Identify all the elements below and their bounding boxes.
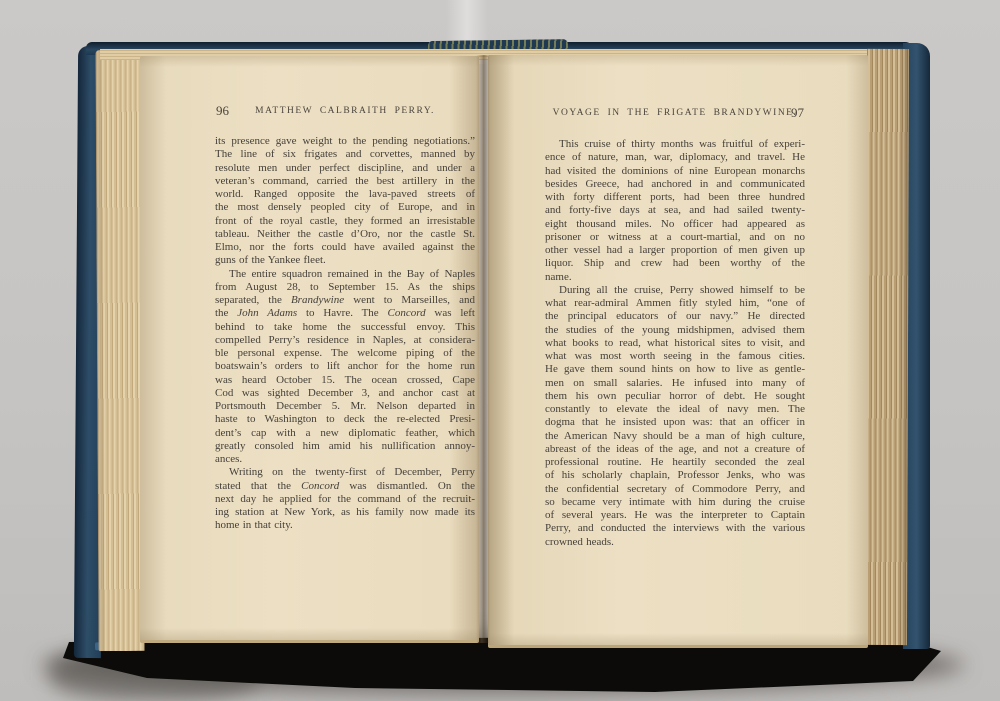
text-line: tableau. Neither the castle d’Oro, nor t… <box>215 228 475 241</box>
text-line: Writing on the twenty-first of December,… <box>215 466 475 479</box>
running-title: MATTHEW CALBRAITH PERRY. <box>215 106 475 116</box>
paragraph: its presence gave weight to the pending … <box>215 135 475 268</box>
text-line: the American Navy should be a man of hig… <box>545 430 805 443</box>
text-line: This cruise of thirty months was fruitfu… <box>545 138 805 151</box>
text-line: and forty-five days at sea, and had sail… <box>545 204 805 217</box>
text-line: its presence gave weight to the pending … <box>215 135 475 148</box>
text-line: ence of nature, man, war, diplomacy, and… <box>545 151 805 164</box>
text-line: with forty different ports, had been thr… <box>545 191 805 204</box>
text-line: The line of six frigates and corvettes, … <box>215 148 475 161</box>
text-line: of his scholarly chaplain, Professor Jen… <box>545 469 805 482</box>
paragraph: During all the cruise, Perry showed hims… <box>545 284 805 549</box>
right-page-body: This cruise of thirty months was fruitfu… <box>545 138 805 549</box>
text-line: ing station at New York, as his family n… <box>215 506 475 519</box>
text-line: so became very intimate with him during … <box>545 496 805 509</box>
text-line: next day he applied for the command of t… <box>215 493 475 506</box>
left-page-header: 96 MATTHEW CALBRAITH PERRY. <box>215 106 475 122</box>
text-line: of several years. He was the interpreter… <box>545 509 805 522</box>
page-number: 96 <box>216 103 229 119</box>
text-line: what books to read, what historical site… <box>545 337 805 350</box>
text-line: Elmo, nor the forts could have availed a… <box>215 241 475 254</box>
text-line: behind to take home the successful envoy… <box>215 321 475 334</box>
running-title: VOYAGE IN THE FRIGATE BRANDYWINE. <box>545 108 805 118</box>
text-line: separated, the Brandywine went to Marsei… <box>215 294 475 307</box>
text-line: what rear-admiral Ammen fitly styled him… <box>545 297 805 310</box>
text-line: from August 28, to September 15. As the … <box>215 281 475 294</box>
text-line: professional routine. He heartily second… <box>545 456 805 469</box>
text-line: veteran’s command, carried the best arti… <box>215 175 475 188</box>
text-line: eight thousand miles. No officer had app… <box>545 218 805 231</box>
text-line: the most densely peopled city of Europe,… <box>215 201 475 214</box>
right-page-text: VOYAGE IN THE FRIGATE BRANDYWINE. 97 Thi… <box>545 108 805 549</box>
text-line: dent’s cap with a new diplomatic feather… <box>215 427 475 440</box>
text-line: the John Adams to Havre. The Concord was… <box>215 307 475 320</box>
text-line: world. Ranged opposite the lava-paved st… <box>215 188 475 201</box>
text-line: prisoner or witness at a court-martial, … <box>545 231 805 244</box>
page-number: 97 <box>791 105 804 121</box>
page-edges-left <box>95 50 144 651</box>
text-line: ble personal expense. The welcome piping… <box>215 347 475 360</box>
text-line: greatly consoled him amid his nullificat… <box>215 440 475 453</box>
text-line: home in that city. <box>215 519 475 532</box>
text-line: Portsmouth December 5. Mr. Nelson depart… <box>215 400 475 413</box>
text-line: men on small salaries. He infused into m… <box>545 377 805 390</box>
text-line: abreast of the ideas of the age, and not… <box>545 443 805 456</box>
text-line: the confidential secretary of Commodore … <box>545 483 805 496</box>
text-line: He gave them sound hints on how to live … <box>545 363 805 376</box>
text-line: ances. <box>215 453 475 466</box>
text-line: the principal educators of our navy.” He… <box>545 310 805 323</box>
right-page-header: VOYAGE IN THE FRIGATE BRANDYWINE. 97 <box>545 108 805 124</box>
text-line: crowned heads. <box>545 536 805 549</box>
text-line: Cod was sighted December 3, and anchor c… <box>215 387 475 400</box>
text-line: what was most worth seeing in the famous… <box>545 350 805 363</box>
text-line: liquor. Ship and crew had been worthy of… <box>545 257 805 270</box>
paragraph: The entire squadron remained in the Bay … <box>215 268 475 467</box>
left-page-body: its presence gave weight to the pending … <box>215 135 475 533</box>
book-gutter <box>476 55 490 643</box>
text-line: boatswain’s orders to lift anchor for th… <box>215 360 475 373</box>
text-line: constantly to elevate the ideal of navy … <box>545 403 805 416</box>
text-line: haste to Washington to deck the re-elect… <box>215 413 475 426</box>
page-edges-right <box>865 49 909 645</box>
text-line: was heard October 15. The ocean crossed,… <box>215 374 475 387</box>
background: 96 MATTHEW CALBRAITH PERRY. its presence… <box>0 0 1000 701</box>
text-line: stated that the Concord was dismantled. … <box>215 480 475 493</box>
text-line: other vessel had a larger proportion of … <box>545 244 805 257</box>
paragraph: This cruise of thirty months was fruitfu… <box>545 138 805 284</box>
text-line: had visited the dominions of nine Europe… <box>545 165 805 178</box>
text-line: the studies of the young midshipmen, adv… <box>545 324 805 337</box>
text-line: dogma that he insisted upon was: that an… <box>545 416 805 429</box>
text-line: them his own peculiar horror of debt. He… <box>545 390 805 403</box>
left-page-text: 96 MATTHEW CALBRAITH PERRY. its presence… <box>215 106 475 533</box>
text-line: During all the cruise, Perry showed hims… <box>545 284 805 297</box>
text-line: name. <box>545 271 805 284</box>
paragraph: Writing on the twenty-first of December,… <box>215 466 475 532</box>
text-line: The entire squadron remained in the Bay … <box>215 268 475 281</box>
text-line: Perry, and conducted the interviews with… <box>545 522 805 535</box>
text-line: resolute men under perfect discipline, a… <box>215 162 475 175</box>
text-line: compelled Perry’s residence in Naples, a… <box>215 334 475 347</box>
text-line: guns of the Yankee fleet. <box>215 254 475 267</box>
text-line: besides Greece, had anchored in and comm… <box>545 178 805 191</box>
text-line: front of the royal castle, they formed a… <box>215 215 475 228</box>
